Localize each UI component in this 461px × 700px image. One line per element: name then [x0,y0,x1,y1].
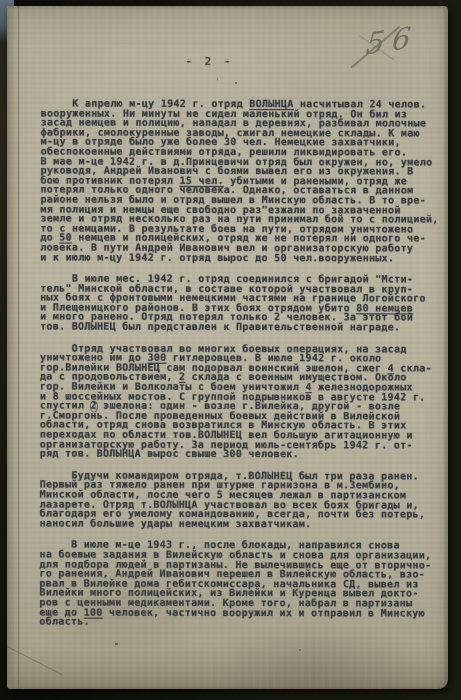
scanned-page: - 2 - 56 К апрелю м-цу 1942 г. отряд ВОЛ… [7,6,448,689]
text-line: тов. ВОЛЫНЕЦ был представлен к Правитель… [40,323,452,334]
paragraph: К апрелю м-цу 1942 г. отряд ВОЛЫНЦА насч… [40,99,452,263]
text-line: наносил большие удары немецким захватчик… [40,519,452,530]
paragraph: Будучи командиром отряда, т.ВОЛЫНЕЦ был … [40,471,452,530]
handwritten-annotation: 56 [338,14,438,88]
paragraph: В июле м-це 1943 г., после блокады, напр… [39,541,451,628]
text-line: и к июлю м-цу 1942 г. отряд вырос до 50 … [40,253,452,264]
paragraph: Отряд участвовал во многих боевых операц… [40,344,452,460]
paper-speck [115,643,118,645]
paragraph: В июле мес. 1942 г. отряд соединился с б… [40,275,452,334]
paper-crease [7,646,63,675]
text-line: еще до 100 человек, частично вооружил их… [39,608,451,619]
paper-speck [299,649,301,651]
paper-speck [217,78,218,81]
document-body: К апрелю м-цу 1942 г. отряд ВОЛЫНЦА насч… [39,99,452,640]
pencil-slash-mark [338,14,438,88]
paper-speck [235,82,237,84]
